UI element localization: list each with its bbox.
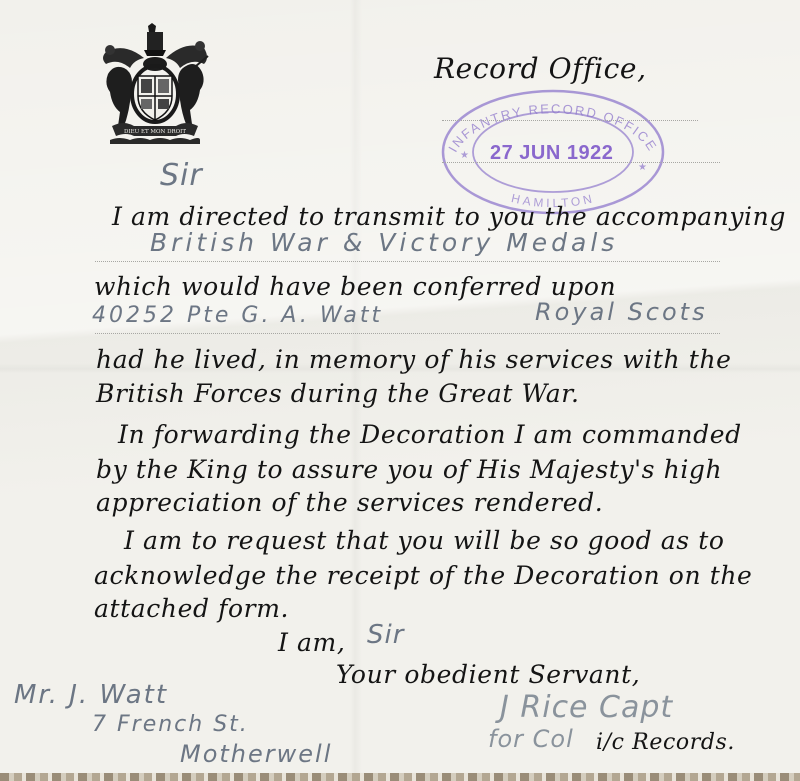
- body-line: I am directed to transmit to you the acc…: [112, 202, 786, 231]
- crest-motto: DIEU ET MON DROIT: [124, 129, 186, 135]
- body-line: by the King to assure you of His Majesty…: [96, 455, 722, 484]
- body-line: attached form.: [94, 594, 289, 623]
- salutation-sir: Sir: [160, 158, 203, 193]
- addressee-town: Motherwell: [180, 740, 332, 768]
- signature: J Rice Capt: [500, 690, 673, 725]
- closing-servant: Your obedient Servant,: [336, 660, 640, 689]
- rule-line: [442, 162, 720, 163]
- rule-line: [95, 261, 720, 262]
- stamp-star-right: ★: [638, 162, 647, 173]
- body-line: appreciation of the services rendered.: [96, 488, 603, 517]
- stamp-star-left: ★: [460, 150, 469, 161]
- recipient-regiment: Royal Scots: [535, 298, 708, 326]
- torn-bottom-edge: [0, 773, 800, 781]
- closing-i-am: I am,: [278, 628, 345, 657]
- body-line: British Forces during the Great War.: [96, 379, 580, 408]
- body-line: In forwarding the Decoration I am comman…: [118, 420, 742, 449]
- rule-line: [95, 333, 720, 334]
- body-line: which would have been conferred upon: [94, 272, 616, 301]
- body-line: acknowledge the receipt of the Decoratio…: [94, 561, 752, 590]
- closing-sir: Sir: [367, 620, 404, 650]
- royal-coat-of-arms-icon: DIEU ET MON DROIT: [98, 22, 212, 148]
- body-line: I am to request that you will be so good…: [124, 526, 725, 555]
- body-line: had he lived, in memory of his services …: [96, 345, 732, 374]
- addressee-street: 7 French St.: [92, 712, 249, 737]
- addressee-name: Mr. J. Watt: [14, 680, 168, 710]
- record-office-heading: Record Office,: [434, 52, 647, 85]
- signature-for-col: for Col: [488, 725, 574, 753]
- rule-line: [442, 120, 698, 121]
- medal-description: British War & Victory Medals: [150, 228, 618, 257]
- role-ic-records: i/c Records.: [596, 730, 735, 755]
- recipient-name: 40252 Pte G. A. Watt: [92, 303, 383, 328]
